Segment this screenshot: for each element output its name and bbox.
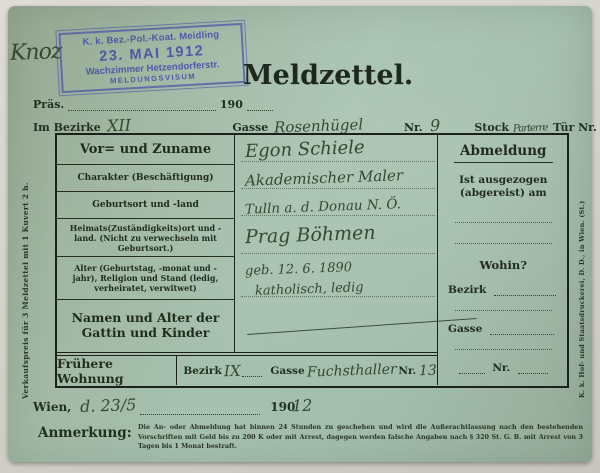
wien-label: Wien, [33, 400, 71, 414]
label-charakter: Charakter (Beschäftigung) [57, 165, 234, 192]
dotted-line [247, 99, 273, 111]
dotted-line [455, 349, 552, 350]
dotted-line [241, 253, 435, 254]
dotted-line [68, 99, 216, 111]
dotted-line [455, 243, 552, 244]
ab-bezirk-field: Bezirk [438, 284, 569, 296]
entry-gattin [237, 300, 437, 350]
wien-date-line: Wien, d. 23/5 19012 [33, 396, 313, 415]
ab-nr-label: Nr. [492, 362, 510, 374]
dotted-line [241, 296, 435, 297]
label-column: Vor= und Zuname Charakter (Beschäftigung… [57, 135, 235, 352]
date-handwriting: d. 23/5 [79, 395, 136, 416]
fr-bezirk-handwriting: IX [223, 361, 240, 380]
year-handwriting: 12 [292, 396, 313, 416]
fr-nr-label: Nr. [398, 365, 416, 377]
ab-bezirk-label: Bezirk [448, 284, 486, 296]
dotted-line [459, 362, 485, 374]
entry-charakter: Akademischer Maler [237, 165, 437, 192]
dotted-line [140, 403, 260, 415]
dotted-line [518, 362, 548, 374]
fruehere-wohnung-fields: Bezirk IX Gasse Fuchsthaller Nr. 13 [177, 356, 437, 385]
label-name: Vor= und Zuname [57, 135, 234, 165]
form-title: Meldzettel. [238, 60, 418, 91]
ab-gasse-label: Gasse [448, 323, 482, 335]
entry-heimat: Prag Böhmen [237, 219, 437, 257]
geburtsdatum-handwriting: geb. 12. 6. 1890 [245, 260, 352, 279]
praes-label: Präs. [33, 98, 64, 111]
fr-gasse-handwriting: Fuchsthaller [306, 361, 396, 380]
abmeldung-column: Abmeldung Ist ausgezogen (abgereist) am … [437, 135, 569, 385]
praes-year-prefix: 190 [220, 98, 243, 111]
pencil-annotation: Knoz [10, 39, 62, 66]
ab-gasse-field: Gasse [438, 323, 569, 335]
anmerkung-text: Die An- oder Abmeldung hat binnen 24 Stu… [138, 423, 583, 452]
ab-nr-field: Nr. [438, 362, 569, 374]
left-margin-imprint: Verkaufspreis für 3 Meldzettel mit 1 Kuv… [21, 182, 30, 399]
dotted-line [241, 215, 435, 216]
label-alter: Alter (Geburtstag, -monat und -jahr), Re… [57, 257, 234, 300]
fr-gasse-label: Gasse [270, 365, 304, 377]
fruehere-wohnung-row: Frühere Wohnung Bezirk IX Gasse Fuchstha… [57, 356, 437, 385]
dotted-line [241, 161, 435, 162]
label-geburtsort: Geburtsort und -land [57, 192, 234, 219]
fr-bezirk-label: Bezirk [183, 365, 221, 377]
anmerkung-label: Anmerkung: [38, 425, 132, 441]
fruehere-wohnung-label: Frühere Wohnung [57, 356, 177, 385]
dotted-line [494, 286, 556, 296]
right-margin-imprint: K. k. Hof- und Staatsdruckerei, D. D., i… [578, 201, 586, 398]
dotted-line [490, 325, 554, 335]
dotted-line [241, 188, 435, 189]
label-gattin: Namen und Alter der Gattin und Kinder [57, 300, 234, 350]
entry-geburtsort: Tulln a. d. Donau N. Ö. [237, 192, 437, 219]
dotted-line [242, 365, 262, 377]
entry-column: Egon Schiele Akademischer Maler Tulln a.… [237, 135, 437, 352]
police-date-stamp: K. k. Bez.-Pol.-Koat. Meidling 23. MAI 1… [58, 23, 245, 93]
heimat-handwriting: Prag Böhmen [245, 222, 376, 249]
entry-alter: geb. 12. 6. 1890 katholisch, ledig [237, 257, 437, 300]
charakter-handwriting: Akademischer Maler [245, 166, 404, 190]
scanned-meldzettel-document: Knoz K. k. Bez.-Pol.-Koat. Meidling 23. … [0, 0, 600, 473]
praes-line: Präs. 190 [33, 98, 273, 111]
label-heimat: Heimats(Zuständigkeits)ort und -land. (N… [57, 219, 234, 257]
ausgezogen-label: Ist ausgezogen (abgereist) am [438, 174, 569, 200]
rule-line [454, 162, 553, 163]
name-handwriting: Egon Schiele [245, 137, 365, 162]
abmeldung-title: Abmeldung [438, 143, 569, 159]
wohin-label: Wohin? [438, 258, 569, 272]
dotted-line [455, 310, 552, 311]
registration-table: Vor= und Zuname Charakter (Beschäftigung… [55, 133, 569, 388]
form-paper: Knoz K. k. Bez.-Pol.-Koat. Meidling 23. … [8, 6, 592, 462]
fr-nr-handwriting: 13 [419, 362, 437, 379]
entry-name: Egon Schiele [237, 135, 437, 165]
dotted-line [455, 222, 552, 223]
